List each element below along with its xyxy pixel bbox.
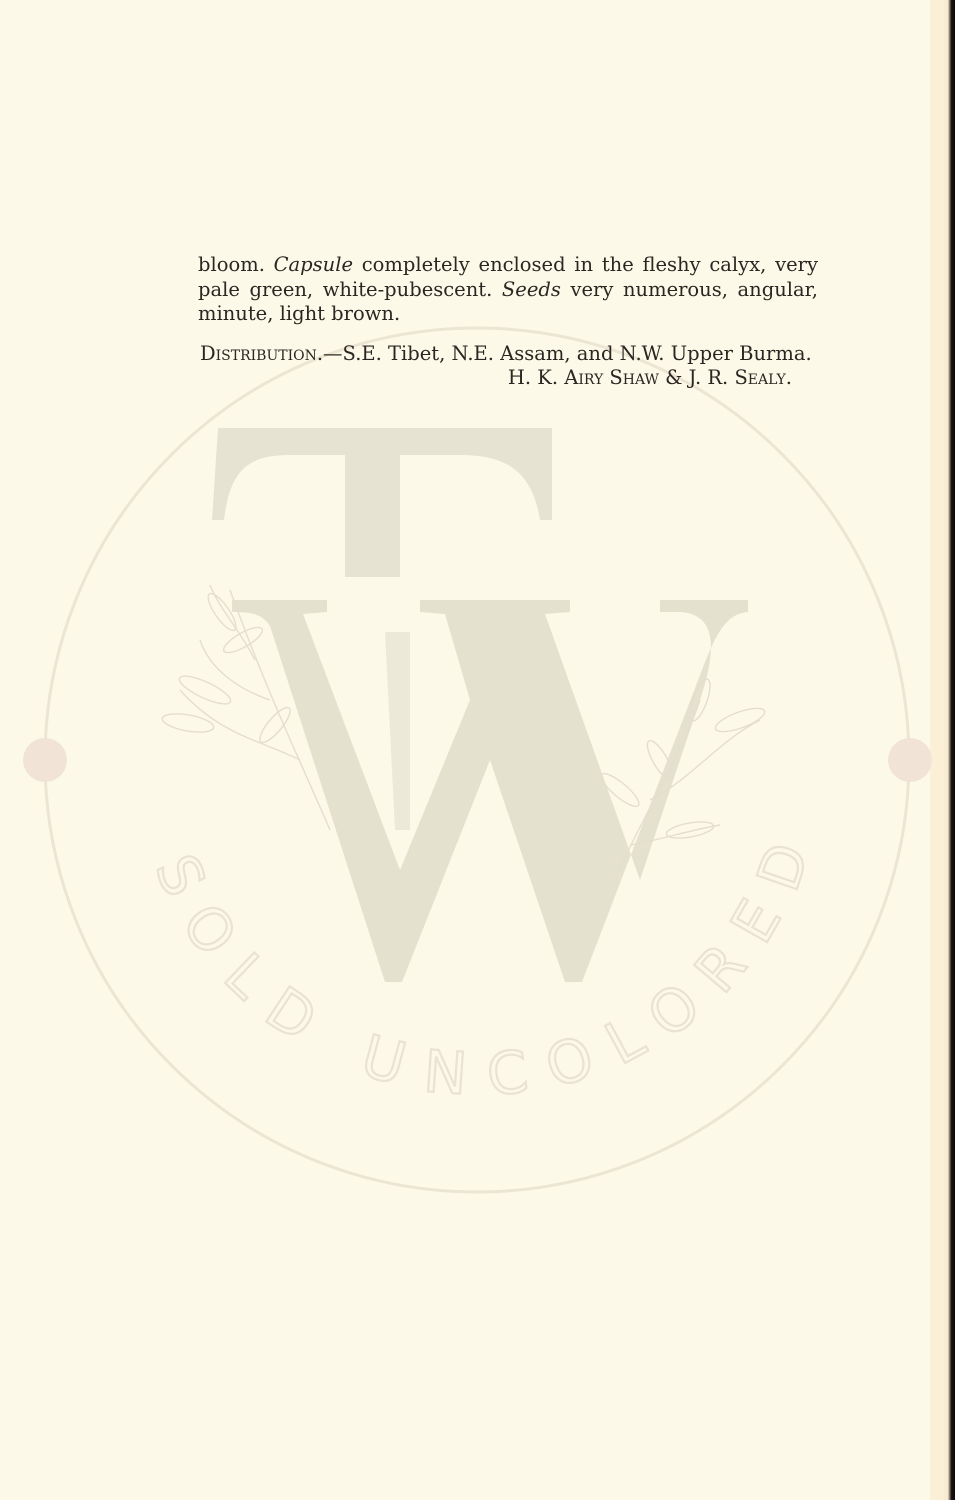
distribution-paragraph: Distribution.—S.E. Tibet, N.E. Assam, an… xyxy=(198,342,818,367)
author-joiner: & xyxy=(659,366,689,389)
scan-edge-shadow xyxy=(943,0,955,1500)
author-credit: H. K. Airy Shaw & J. R. Sealy. xyxy=(198,366,818,391)
author-end: . xyxy=(786,366,792,389)
document-page xyxy=(0,0,945,1500)
author-1-name: Airy Shaw xyxy=(564,366,659,389)
distribution-dash: — xyxy=(323,342,343,365)
text-bloom: bloom. xyxy=(198,253,274,276)
term-capsule: Capsule xyxy=(274,253,353,276)
author-1-initials: H. K. xyxy=(508,366,564,389)
author-2-name: Sealy xyxy=(734,366,785,389)
distribution-heading: Distribution. xyxy=(200,342,323,365)
description-paragraph: bloom. Capsule completely enclosed in th… xyxy=(198,253,818,327)
distribution-text: S.E. Tibet, N.E. Assam, and N.W. Upper B… xyxy=(343,342,812,365)
page-text: bloom. Capsule completely enclosed in th… xyxy=(198,253,818,391)
author-2-initials: J. R. xyxy=(689,366,735,389)
term-seeds: Seeds xyxy=(502,278,561,301)
